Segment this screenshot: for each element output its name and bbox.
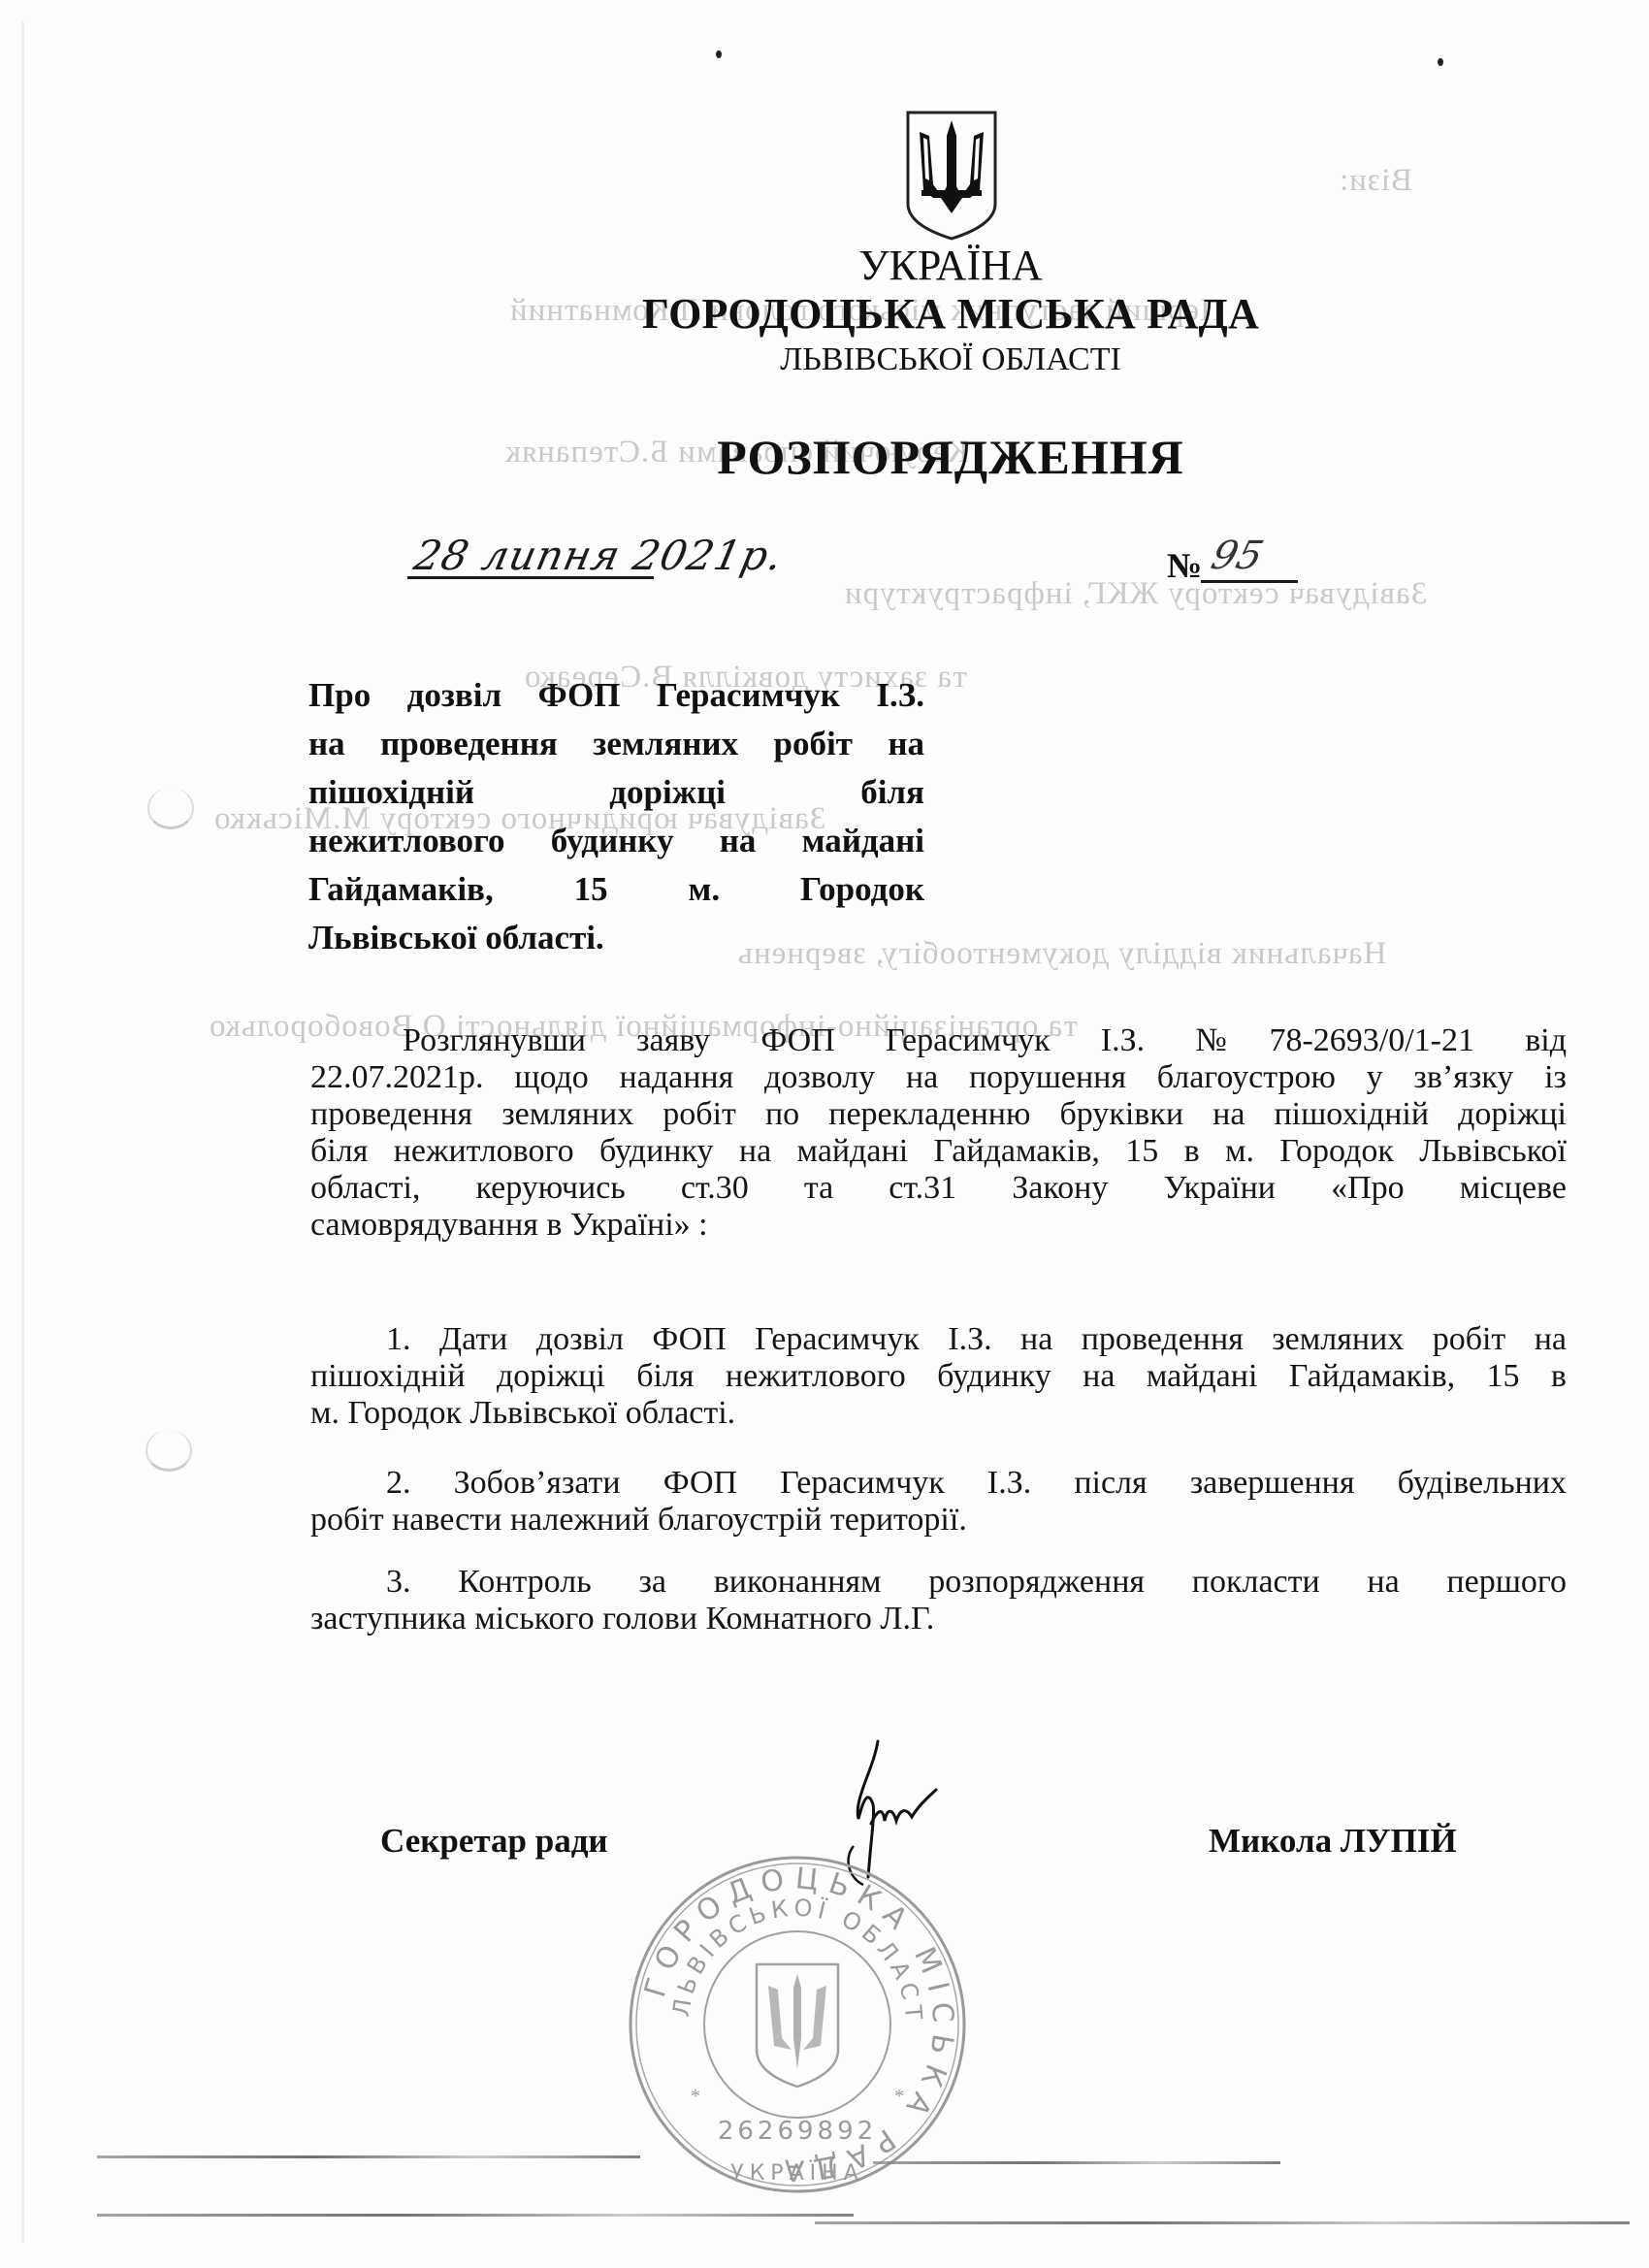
signatory-position: Секретар ради (380, 1822, 608, 1861)
scan-artifact-line (97, 2214, 854, 2217)
preamble-paragraph: Розглянувши заяву ФОП Герасимчук І.З. №7… (310, 1022, 1567, 1244)
punch-hole (147, 788, 194, 829)
scan-speck (716, 50, 722, 58)
item-line: 2. Зобов’язати ФОП Герасимчук І.З. після… (310, 1465, 1567, 1502)
scan-artifact-line (97, 2155, 640, 2158)
item-line: заступника міського голови Комнатного Л.… (310, 1601, 1567, 1637)
svg-text:*: * (894, 2086, 904, 2107)
handwritten-date: 28 липня 2021р. (410, 532, 788, 579)
bleed-through-line: Візи: (1339, 163, 1412, 199)
handwritten-number: 95 (1207, 534, 1268, 578)
svg-text:26269892: 26269892 (718, 2117, 877, 2146)
date-underline (407, 576, 654, 579)
document-page: Візи: Перший заступник міського голови Л… (0, 0, 1649, 2268)
official-seal-icon: ГОРОДОЦЬКА МІСЬКА РАДА ЛЬВІВСЬКОЇ ОБЛАСТ… (621, 1848, 975, 2202)
item-line: робіт навести належний благоустрій терит… (310, 1502, 1567, 1539)
document-type-heading: РОЗПОРЯДЖЕННЯ (0, 429, 1649, 485)
item-line: м. Городок Львівської області. (310, 1395, 1567, 1432)
number-underline (1201, 580, 1298, 583)
scan-artifact-line (873, 2161, 1280, 2164)
preamble-line: області, керуючись ст.30 та ст.31 Закону… (310, 1170, 1567, 1207)
item-line: 3. Контроль за виконанням розпорядження … (310, 1564, 1567, 1601)
scan-speck (1438, 58, 1443, 66)
number-label: № (1167, 545, 1202, 586)
preamble-line: біля нежитлового будинку на майдані Гайд… (310, 1133, 1567, 1170)
order-item-3: 3. Контроль за виконанням розпорядження … (310, 1564, 1567, 1637)
preamble-line: самоврядування в Україні» : (310, 1207, 1567, 1244)
country-heading: УКРАЇНА (0, 241, 1649, 290)
subject-line: Львівської області. (308, 914, 924, 962)
preamble-line: Розглянувши заяву ФОП Герасимчук І.З. №7… (310, 1022, 1567, 1059)
region-heading: ЛЬВІВСЬКОЇ ОБЛАСТІ (0, 341, 1649, 378)
order-item-1: 1. Дати дозвіл ФОП Герасимчук І.З. на пр… (310, 1321, 1567, 1432)
document-subject: Про дозвіл ФОП Герасимчук І.З. на провед… (308, 671, 924, 962)
council-heading: ГОРОДОЦЬКА МІСЬКА РАДА (0, 289, 1649, 339)
svg-text:УКРАЇНА: УКРАЇНА (730, 2160, 863, 2186)
subject-line: пішохідній доріжці біля (308, 768, 924, 817)
preamble-line: 22.07.2021р. щодо надання дозволу на пор… (310, 1059, 1567, 1096)
punch-hole (145, 1430, 192, 1472)
item-line: 1. Дати дозвіл ФОП Герасимчук І.З. на пр… (310, 1321, 1567, 1358)
subject-line: Про дозвіл ФОП Герасимчук І.З. (308, 671, 924, 720)
item-line: пішохідній доріжці біля нежитлового буди… (310, 1358, 1567, 1395)
scan-artifact-line (815, 2221, 1630, 2224)
subject-line: нежитлового будинку на майдані (308, 817, 924, 865)
preamble-line: проведення земляних робіт по перекладенн… (310, 1096, 1567, 1133)
order-item-2: 2. Зобов’язати ФОП Герасимчук І.З. після… (310, 1465, 1567, 1539)
subject-line: на проведення земляних робіт на (308, 720, 924, 768)
trident-coat-of-arms-icon (904, 109, 999, 243)
svg-text:*: * (691, 2086, 700, 2107)
bleed-through-line: Завідувач сектору ЖКГ, інфраструктури (844, 576, 1427, 612)
signatory-name: Микола ЛУПІЙ (1209, 1822, 1457, 1861)
subject-line: Гайдамаків, 15 м. Городок (308, 865, 924, 914)
